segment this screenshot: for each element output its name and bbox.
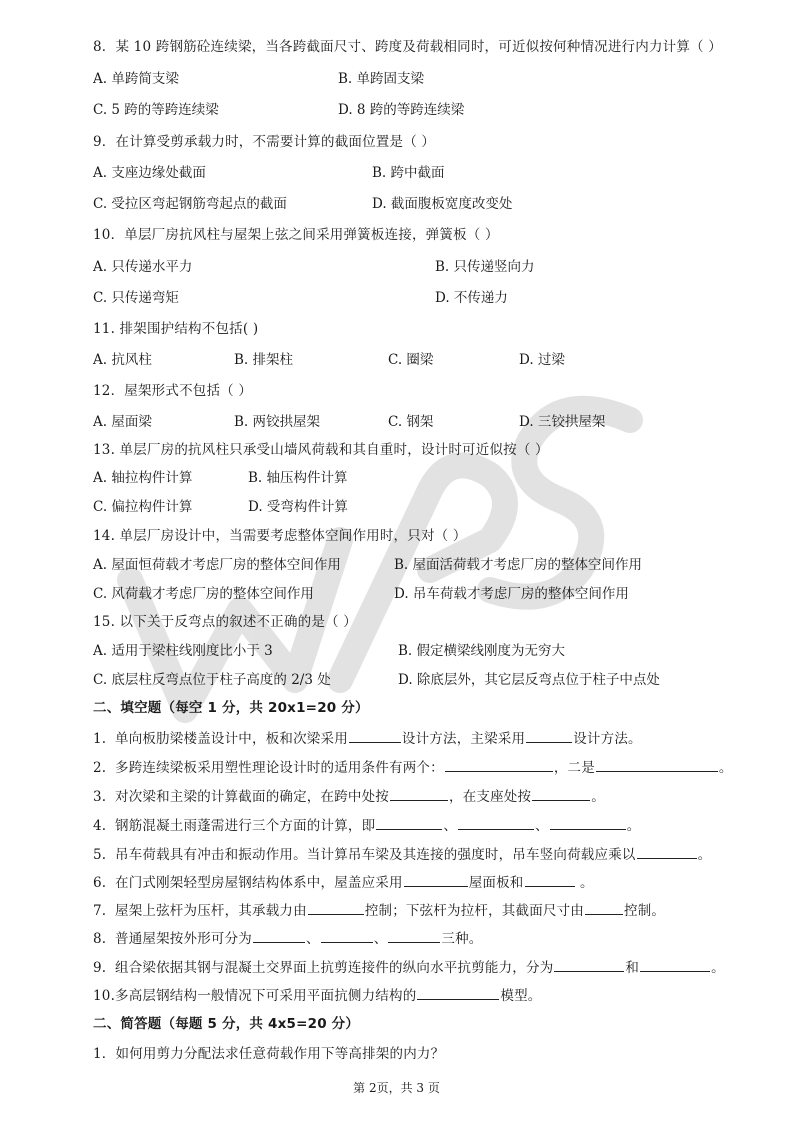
q13-option-b: B. 轴压构件计算 bbox=[248, 469, 348, 487]
q15-option-a: A. 适用于梁柱线刚度比小于 3 bbox=[93, 642, 273, 660]
answer-blank[interactable] bbox=[532, 786, 590, 801]
q10-option-d: D. 不传递力 bbox=[435, 289, 508, 307]
fill-item-4: 4.钢筋混凝土雨蓬需进行三个方面的计算，即、、。 bbox=[93, 815, 640, 835]
q8-option-b: B. 单跨固支梁 bbox=[338, 70, 424, 88]
q14-option-d: D. 吊车荷载才考虑厂房的整体空间作用 bbox=[394, 585, 629, 603]
page-number-footer: 第 2页，共 3 页 bbox=[0, 1079, 793, 1096]
q14-option-a: A. 屋面恒荷载才考虑厂房的整体空间作用 bbox=[93, 556, 341, 574]
question-15-stem: 15. 以下关于反弯点的叙述不正确的是（ ） bbox=[93, 613, 357, 631]
q14-option-c: C. 风荷载才考虑厂房的整体空间作用 bbox=[93, 585, 314, 603]
q13-option-c: C. 偏拉构件计算 bbox=[93, 498, 192, 516]
short-answer-question-1: 1．如何用剪力分配法求任意荷载作用下等高排架的内力？ bbox=[93, 1045, 444, 1063]
question-9-stem: 9．在计算受剪承载力时，不需要计算的截面位置是（ ） bbox=[93, 133, 435, 151]
answer-blank[interactable] bbox=[550, 815, 626, 830]
question-8-stem: 8．某 10 跨钢筋砼连续梁，当各跨截面尺寸、跨度及荷载相同时，可近似按何种情况… bbox=[93, 38, 722, 56]
q10-option-b: B. 只传递竖向力 bbox=[435, 258, 535, 276]
answer-blank[interactable] bbox=[404, 872, 468, 887]
question-13-stem: 13. 单层厂房的抗风柱只承受山墙风荷载和其自重时，设计时可近似按（ ） bbox=[93, 441, 549, 459]
short-answer-section-heading: 二、简答题（每题 5 分，共 4x5=20 分） bbox=[93, 1015, 359, 1033]
answer-blank[interactable] bbox=[585, 900, 623, 915]
question-12-stem: 12．屋架形式不包括（ ） bbox=[93, 382, 252, 400]
answer-blank[interactable] bbox=[445, 757, 553, 772]
q12-option-c: C. 钢架 bbox=[388, 413, 433, 431]
fill-item-10: 10.多高层钢结构一般情况下可采用平面抗侧力结构的模型。 bbox=[93, 985, 542, 1005]
answer-blank[interactable] bbox=[390, 786, 448, 801]
q15-option-c: C. 底层柱反弯点位于柱子高度的 2/3 处 bbox=[93, 671, 331, 689]
q15-option-b: B. 假定横梁线刚度为无穷大 bbox=[398, 642, 565, 660]
answer-blank[interactable] bbox=[554, 957, 624, 972]
answer-blank[interactable] bbox=[596, 757, 718, 772]
answer-blank[interactable] bbox=[637, 844, 697, 859]
answer-blank[interactable] bbox=[458, 815, 534, 830]
answer-blank[interactable] bbox=[376, 815, 442, 830]
answer-blank[interactable] bbox=[417, 985, 499, 1000]
fill-item-9: 9.组合梁依据其钢与混凝土交界面上抗剪连接件的纵向水平抗剪能力，分为和。 bbox=[93, 957, 725, 977]
q11-option-b: B. 排架柱 bbox=[234, 351, 293, 369]
q12-option-b: B. 两铰拱屋架 bbox=[234, 413, 320, 431]
q8-option-d: D. 8 跨的等跨连续梁 bbox=[338, 101, 464, 119]
answer-blank[interactable] bbox=[253, 928, 305, 943]
question-10-stem: 10．单层厂房抗风柱与屋架上弦之间采用弹簧板连接，弹簧板（ ） bbox=[93, 226, 499, 244]
q14-option-b: B. 屋面活荷载才考虑厂房的整体空间作用 bbox=[394, 556, 642, 574]
fill-item-3: 3.对次梁和主梁的计算截面的确定，在跨中处按，在支座处按。 bbox=[93, 786, 605, 806]
fill-item-5: 5.吊车荷载具有冲击和振动作用。当计算吊车梁及其连接的强度时，吊车竖向荷载应乘以… bbox=[93, 844, 711, 864]
q8-option-a: A. 单跨简支梁 bbox=[93, 70, 179, 88]
q12-option-a: A. 屋面梁 bbox=[93, 413, 152, 431]
answer-blank[interactable] bbox=[308, 900, 364, 915]
q15-option-d: D. 除底层外，其它层反弯点位于柱子中点处 bbox=[398, 671, 660, 689]
fill-item-8: 8.普通屋架按外形可分为、、三种。 bbox=[93, 928, 483, 948]
fill-in-section-heading: 二、填空题（每空 1 分，共 20x1=20 分） bbox=[93, 699, 369, 717]
answer-blank[interactable] bbox=[640, 957, 710, 972]
fill-item-1: 1.单向板肋梁楼盖设计中，板和次梁采用设计方法，主梁采用设计方法。 bbox=[93, 728, 642, 748]
q9-option-c: C. 受拉区弯起钢筋弯起点的截面 bbox=[93, 195, 287, 213]
q13-option-d: D. 受弯构件计算 bbox=[248, 498, 348, 516]
q8-option-c: C. 5 跨的等跨连续梁 bbox=[93, 101, 219, 119]
q9-option-a: A. 支座边缘处截面 bbox=[93, 164, 206, 182]
q10-option-a: A. 只传递水平力 bbox=[93, 258, 192, 276]
answer-blank[interactable] bbox=[321, 928, 373, 943]
question-14-stem: 14. 单层厂房设计中，当需要考虑整体空间作用时，只对（ ） bbox=[93, 527, 467, 545]
question-11-stem: 11. 排架围护结构不包括( ) bbox=[93, 320, 258, 338]
fill-item-7: 7.屋架上弦杆为压杆，其承载力由控制；下弦杆为拉杆，其截面尺寸由控制。 bbox=[93, 900, 665, 920]
q10-option-c: C. 只传递弯矩 bbox=[93, 289, 179, 307]
q9-option-b: B. 跨中截面 bbox=[372, 164, 445, 182]
answer-blank[interactable] bbox=[349, 728, 401, 743]
answer-blank[interactable] bbox=[526, 728, 572, 743]
answer-blank[interactable] bbox=[388, 928, 440, 943]
q11-option-a: A. 抗风柱 bbox=[93, 351, 152, 369]
fill-item-2: 2.多跨连续梁板采用塑性理论设计时的适用条件有两个：，二是。 bbox=[93, 757, 733, 777]
fill-item-6: 6.在门式刚架轻型房屋钢结构体系中，屋盖应采用屋面板和 。 bbox=[93, 872, 594, 892]
answer-blank[interactable] bbox=[525, 872, 575, 887]
q12-option-d: D. 三铰拱屋架 bbox=[519, 413, 605, 431]
q9-option-d: D. 截面腹板宽度改变处 bbox=[372, 195, 512, 213]
q13-option-a: A. 轴拉构件计算 bbox=[93, 469, 192, 487]
q11-option-c: C. 圈梁 bbox=[388, 351, 433, 369]
exam-page: 8．某 10 跨钢筋砼连续梁，当各跨截面尺寸、跨度及荷载相同时，可近似按何种情况… bbox=[0, 0, 793, 1122]
q11-option-d: D. 过梁 bbox=[519, 351, 565, 369]
